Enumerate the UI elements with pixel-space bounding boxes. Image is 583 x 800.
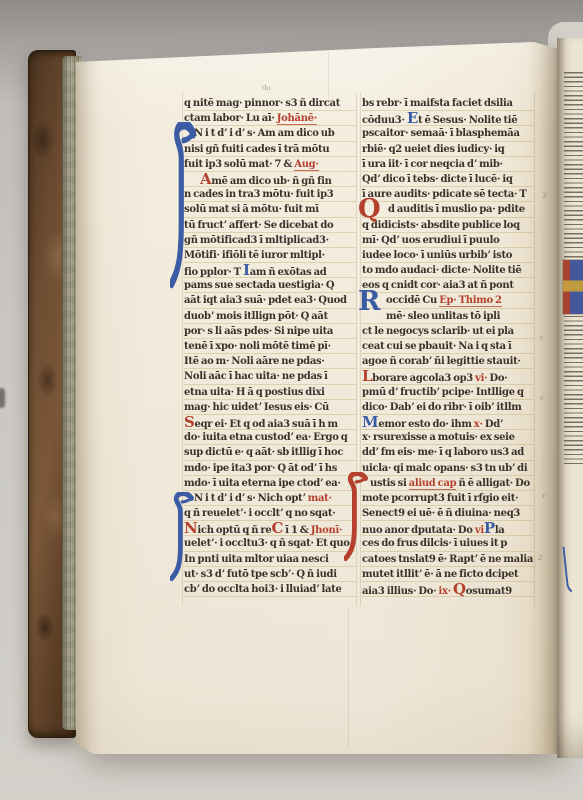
- text-line: pscaitor· semaā· ī blasphemāa: [362, 126, 534, 141]
- rubric-text: x·: [474, 419, 483, 430]
- body-text: aia3 illius· Do·: [362, 586, 438, 597]
- body-text: cōduu3·: [362, 115, 407, 126]
- initial-I-red: [344, 472, 368, 562]
- text-line: Memor esto do· ihm x· Ddʼ: [362, 415, 534, 430]
- body-text: ich optū q ñ re: [197, 525, 271, 536]
- margin-note: c: [540, 394, 545, 402]
- body-text: mē· sleo unlitas tō ipli: [386, 311, 500, 322]
- text-column-right: bs rebr· ī maifsta faciet dsiliacōduu3· …: [362, 96, 534, 597]
- body-text: Senect9 ei uē· ē ñ diuina· neq3: [362, 508, 520, 519]
- lombardic-initial: M: [362, 415, 378, 430]
- text-column-left: q nitē mag· pinnor· s3 ñ dircatctam labo…: [184, 96, 356, 597]
- lombardic-initial: C: [271, 521, 283, 536]
- rubric-text: vi·: [475, 373, 487, 384]
- manuscript-page: q nitē mag· pinnor· s3 ñ dircatctam labo…: [76, 42, 558, 754]
- margin-note: 2: [538, 554, 543, 562]
- body-text: pscaitor· semaā· ī blasphemāa: [362, 128, 520, 139]
- body-text: la: [495, 525, 505, 536]
- text-line: ceat cui se pbauit· Na i q sta ī: [362, 339, 534, 354]
- body-text: Noli aāc ī hac uita· ne pdas ī: [184, 371, 328, 382]
- body-text: Qdʼ dico ī tebs· dicte ī lucē· iq: [362, 174, 513, 185]
- lombardic-initial: ī 1 &: [283, 525, 311, 536]
- body-text: iudee loco· ī uniūs urbibʼ isto: [362, 250, 512, 261]
- body-text: ī aure audits· pdicate sē tecta· T: [362, 189, 527, 200]
- lombardic-initial: A: [200, 172, 211, 187]
- text-line: Qdʼ dico ī tebs· dicte ī lucē· iq: [362, 172, 534, 187]
- body-text: aāt iqt aia3 suā· pdet ea3· Quod: [184, 295, 347, 306]
- text-line: d auditis ī muslio pa· pdite: [362, 202, 534, 217]
- body-text: ddʼ fm eis· me· ī q laboro us3 ad: [362, 447, 524, 458]
- body-text: uicla· qi malc opans· s3 tn ubʼ di: [362, 463, 527, 474]
- body-text: ñ ē alligat· Do: [456, 478, 530, 489]
- text-line: duobʼ mois itllign pōt· Q aāt: [184, 309, 356, 324]
- rubric-text: ix·: [438, 586, 450, 597]
- text-line: mdo· ipe ita3 por· Q āt odʼ ī hs: [184, 461, 356, 476]
- text-line: eos q cnidt cor· aia3 at ñ pont: [362, 278, 534, 293]
- text-line: Senect9 ei uē· ē ñ diuina· neq3: [362, 506, 534, 521]
- body-text: fuit ip3 solū mat· 7 &: [184, 159, 294, 170]
- rubric-text: Aug·: [294, 159, 318, 171]
- text-line: to mdo audaci· dicte· Nolite tiē: [362, 263, 534, 278]
- text-line: x· rsurexisse a motuis· ex seie: [362, 430, 534, 445]
- body-text: mdo· ipe ita3 por· Q āt odʼ ī hs: [184, 463, 337, 474]
- body-text: Ddʼ: [483, 419, 503, 430]
- text-line: aāt iqt aia3 suā· pdet ea3· Quod: [184, 293, 356, 308]
- page-crease: [328, 52, 329, 100]
- text-line: ut· s3 dʼ futō tpe scbʼ· Q ñ iudi: [184, 567, 356, 582]
- manuscript-photograph: q nitē mag· pinnor· s3 ñ dircatctam labo…: [0, 0, 583, 800]
- text-line: etna uita· H ā q postius dixi: [184, 385, 356, 400]
- page-crease: [348, 608, 349, 748]
- margin-note: t: [540, 334, 544, 342]
- text-line: pmū dʼ fructibʼ pcipe· Intllige q: [362, 385, 534, 400]
- rubric-text: Ep· Thimo 2: [439, 295, 501, 307]
- next-page-edge: [557, 38, 583, 758]
- text-line: tū fructʼ affert· Se dicebat do: [184, 218, 356, 233]
- text-line: Lborare agcola3 op3 vi· Do·: [362, 369, 534, 384]
- text-line: iudee loco· ī uniūs urbibʼ isto: [362, 248, 534, 263]
- body-text: osumat9: [466, 586, 512, 597]
- body-text: catoes tnslat9 ē· Raptʼ ē ne malia: [362, 554, 533, 565]
- text-line: cōduu3· Et ē Sesus· Nolite tiē: [362, 111, 534, 126]
- text-line: do· iuita etna custodʼ ea· Ergo q: [184, 430, 356, 445]
- body-text: N i t dʼ i dʼ s· Nich optʼ: [194, 493, 308, 504]
- body-text: ī ura iit· ī cor neqcia dʼ mib·: [362, 159, 503, 170]
- text-line: mote pcorrupt3 fuit ī rfgio eit·: [362, 491, 534, 506]
- body-text: Itē ao m· Noli aāre ne pdas·: [184, 356, 325, 367]
- body-text: d auditis ī muslio pa· pdite: [388, 204, 525, 215]
- text-line: Seqr ei· Et q od aia3 suā ī h m: [184, 415, 356, 430]
- rubric-text: vi: [475, 525, 484, 536]
- text-line: solū mat si ā mōtu· fuit mī: [184, 202, 356, 217]
- body-text: etna uita· H ā q postius dixi: [184, 387, 325, 398]
- initial-I-blue-small: [170, 492, 194, 582]
- lombardic-initial: P: [484, 521, 495, 536]
- lombardic-initial: S: [184, 415, 195, 430]
- body-text: am ñ exōtas ad: [250, 267, 327, 278]
- body-text: In pnti uita mltor uiaa nesci: [184, 554, 329, 565]
- body-text: duobʼ mois itllign pōt· Q aāt: [184, 311, 328, 322]
- text-line: mē· sleo unlitas tō ipli: [362, 309, 534, 324]
- text-line: sup dictū e· q aāt· sb itllig ī hoc: [184, 445, 356, 460]
- text-line: nisi gñ fuiti cades ī trā mōtu: [184, 142, 356, 157]
- body-text: q nitē mag· pinnor· s3 ñ dircat: [184, 98, 340, 109]
- body-text: ct le negocys sclarib· ut ei pla: [362, 326, 514, 337]
- gutter-shading: [76, 42, 102, 754]
- body-text: agoe ñ corabʼ ñi legittie stauit·: [362, 356, 521, 367]
- body-text: q ñ reueletʼ· i occltʼ q no sqat·: [184, 508, 335, 519]
- text-line: q didicists· absdite publice loq: [362, 218, 534, 233]
- body-text: rbiē· q2 ueiet dies iudicy· iq: [362, 144, 505, 155]
- body-text: gñ mōtificad3 ī mltiplicad3·: [184, 235, 329, 246]
- text-line: Nich optū q ñ reC ī 1 & Jhonī·: [184, 521, 356, 536]
- text-line: ddʼ fm eis· me· ī q laboro us3 ad: [362, 445, 534, 460]
- body-text: do· iuita etna custodʼ ea· Ergo q: [184, 432, 347, 443]
- text-line: mutet itllitʼ ē· ā ne ficto dcipet: [362, 567, 534, 582]
- text-line: Noli aāc ī hac uita· ne pdas ī: [184, 369, 356, 384]
- body-text: bs rebr· ī maifsta faciet dsilia: [362, 98, 513, 109]
- body-text: ueletʼ· i occltu3· q ñ sqat· Et quo·: [184, 538, 353, 549]
- text-line: mag· hic uidetʼ Iesus eis· Cū: [184, 400, 356, 415]
- lombardic-initial: Q: [453, 582, 466, 597]
- text-line: mdo· ī uita eterna ipe ctodʼ ea·: [184, 476, 356, 491]
- text-line: fuit ip3 solū mat· 7 & Aug·: [184, 157, 356, 172]
- next-page-blue-flourish-icon: [562, 545, 580, 596]
- body-text: pams sue sectada uestigia· Q: [184, 280, 334, 291]
- margin-note: 3: [542, 192, 547, 200]
- text-line: occidē Cu Ep· Thimo 2: [362, 293, 534, 308]
- rubric-text: Johānē·: [277, 113, 317, 125]
- background-fleck: [0, 388, 5, 408]
- text-line: ustis si aliud cap ñ ē alligat· Do: [362, 476, 534, 491]
- text-line: q nitē mag· pinnor· s3 ñ dircat: [184, 96, 356, 111]
- text-line: por· s li aās pdes· Si nipe uita: [184, 324, 356, 339]
- rubric-text: aliud cap: [409, 478, 457, 490]
- illumination-fragment: [563, 260, 583, 314]
- text-line: cbʼ do occlta hoi3· i lluiadʼ late: [184, 582, 356, 597]
- text-line: agoe ñ corabʼ ñi legittie stauit·: [362, 354, 534, 369]
- body-text: mag· hic uidetʼ Iesus eis· Cū: [184, 402, 329, 413]
- body-text: ctam labor· Lu aī·: [184, 113, 277, 124]
- body-text: ces do frus dilcis· ī uiues it p: [362, 538, 507, 549]
- lombardic-initial: I: [243, 263, 250, 278]
- lombardic-initial: E: [407, 111, 418, 126]
- body-text: N i t dʼ i dʼ s· Am am dico ub: [194, 128, 334, 139]
- text-line: gñ mōtificad3 ī mltiplicad3·: [184, 233, 356, 248]
- text-line: ī aure audits· pdicate sē tecta· T: [362, 187, 534, 202]
- text-line: rbiē· q2 ueiet dies iudicy· iq: [362, 142, 534, 157]
- text-line: ct le negocys sclarib· ut ei pla: [362, 324, 534, 339]
- body-text: Mōtifi· ifiōli tē iuror mltipl·: [184, 250, 325, 261]
- text-line: bs rebr· ī maifsta faciet dsilia: [362, 96, 534, 111]
- text-line: ces do frus dilcis· ī uiues it p: [362, 536, 534, 551]
- body-text: tenē ī xpo· noli mōtē timē pī·: [184, 341, 331, 352]
- text-line: fio pplor· T Iam ñ exōtas ad: [184, 263, 356, 278]
- body-text: pmū dʼ fructibʼ pcipe· Intllige q: [362, 387, 524, 398]
- text-line: uicla· qi malc opans· s3 tn ubʼ di: [362, 461, 534, 476]
- body-text: borare agcola3 op3: [372, 373, 475, 384]
- text-line: pams sue sectada uestigia· Q: [184, 278, 356, 293]
- text-line: Mōtifi· ifiōli tē iuror mltipl·: [184, 248, 356, 263]
- text-line: tenē ī xpo· noli mōtē timē pī·: [184, 339, 356, 354]
- text-line: Amē am dico ub· ñ gñ fin: [184, 172, 356, 187]
- body-text: n cades in tra3 mōtu· fuit ip3: [184, 189, 333, 200]
- body-text: eos q cnidt cor· aia3 at ñ pont: [362, 280, 514, 291]
- rubric-text: Jhonī·: [311, 525, 342, 536]
- body-text: ustis si: [370, 478, 409, 489]
- initial-R-blue: R: [358, 290, 380, 314]
- body-text: mutet itllitʼ ē· ā ne ficto dcipet: [362, 569, 518, 580]
- body-text: t ē Sesus· Nolite tiē: [418, 115, 517, 126]
- text-line: N i t dʼ i dʼ s· Am am dico ub: [184, 126, 356, 141]
- body-text: mē am dico ub· ñ gñ fin: [211, 176, 331, 187]
- body-text: mī· Qdʼ uos erudiui ī puulo: [362, 235, 500, 246]
- body-text: nuo anor dputata· Do: [362, 525, 475, 536]
- rubric-text: mat·: [308, 493, 332, 504]
- text-line: q ñ reueletʼ· i occltʼ q no sqat·: [184, 506, 356, 521]
- body-text: por· s li aās pdes· Si nipe uita: [184, 326, 333, 337]
- body-text: q didicists· absdite publice loq: [362, 220, 520, 231]
- margin-note: do: [262, 84, 271, 93]
- text-line: dico· Dabʼ ei do ribr· ī oibʼ itllm: [362, 400, 534, 415]
- text-line: Itē ao m· Noli aāre ne pdas·: [184, 354, 356, 369]
- body-text: Do·: [487, 373, 507, 384]
- body-text: to mdo audaci· dicte· Nolite tiē: [362, 265, 521, 276]
- text-line: n cades in tra3 mōtu· fuit ip3: [184, 187, 356, 202]
- body-text: cbʼ do occlta hoi3· i lluiadʼ late: [184, 584, 342, 595]
- body-text: emor esto do· ihm: [378, 419, 473, 430]
- text-line: catoes tnslat9 ē· Raptʼ ē ne malia: [362, 552, 534, 567]
- body-text: dico· Dabʼ ei do ribr· ī oibʼ itllm: [362, 402, 522, 413]
- initial-I-blue-large: [170, 122, 196, 290]
- text-line: ctam labor· Lu aī· Johānē·: [184, 111, 356, 126]
- body-text: mote pcorrupt3 fuit ī rfgio eit·: [362, 493, 518, 504]
- lombardic-initial: L: [362, 369, 372, 384]
- body-text: sup dictū e· q aāt· sb itllig ī hoc: [184, 447, 343, 458]
- text-line: mī· Qdʼ uos erudiui ī puulo: [362, 233, 534, 248]
- text-line: nuo anor dputata· Do viPla: [362, 521, 534, 536]
- body-text: occidē Cu: [386, 295, 439, 306]
- body-text: eqr ei· Et q od aia3 suā ī h m: [195, 419, 338, 430]
- text-line: ueletʼ· i occltu3· q ñ sqat· Et quo·: [184, 536, 356, 551]
- text-line: aia3 illius· Do· ix· Qosumat9: [362, 582, 534, 597]
- text-line: In pnti uita mltor uiaa nesci: [184, 552, 356, 567]
- initial-Q-red: Q: [358, 198, 381, 221]
- body-text: ut· s3 dʼ futō tpe scbʼ· Q ñ iudi: [184, 569, 337, 580]
- body-text: ceat cui se pbauit· Na i q sta ī: [362, 341, 512, 352]
- body-text: solū mat si ā mōtu· fuit mī: [184, 204, 319, 215]
- body-text: x· rsurexisse a motuis· ex seie: [362, 432, 515, 443]
- body-text: nisi gñ fuiti cades ī trā mōtu: [184, 144, 329, 155]
- ruling-vertical: [534, 92, 535, 606]
- body-text: tū fructʼ affert· Se dicebat do: [184, 220, 333, 231]
- text-line: ī ura iit· ī cor neqcia dʼ mib·: [362, 157, 534, 172]
- text-line: N i t dʼ i dʼ s· Nich optʼ mat·: [184, 491, 356, 506]
- body-text: mdo· ī uita eterna ipe ctodʼ ea·: [184, 478, 341, 489]
